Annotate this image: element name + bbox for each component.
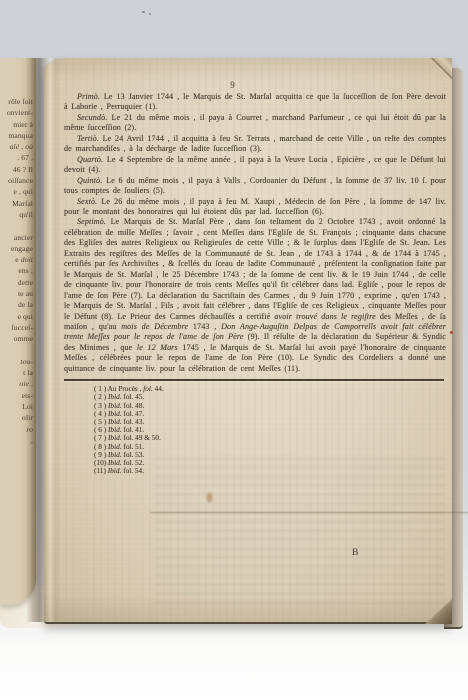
facing-page-fragment: qu'il [0, 209, 33, 220]
facing-page-fragment: t la [0, 367, 33, 378]
verso-show-through [154, 454, 444, 604]
facing-page-fragment [0, 220, 33, 231]
footnote: ( 7 ) Ibid. fol. 49 & 50. [94, 434, 446, 442]
speck [142, 11, 145, 13]
page-corner-curl [425, 599, 452, 624]
paragraph: Sextò. Le 26 du même mois , il paya à fe… [64, 197, 446, 218]
facing-page-fragment: dette [0, 277, 33, 288]
facing-page-fragment: ſucceſ- [0, 322, 33, 333]
paragraph: Quintò. Le 6 du même mois , il paya à Va… [64, 176, 446, 197]
speck [149, 13, 151, 15]
paragraph: Tertiò. Le 24 Avril 1744 , il acquitta à… [64, 134, 446, 155]
facing-page-fragment: ancier [0, 232, 33, 243]
facing-page-fragment: . 67 , [0, 152, 33, 163]
footnotes: ( 1 ) Au Procès , fol. 44.( 2 ) Ibid. fo… [94, 385, 446, 475]
facing-page-fragment: e qui [0, 311, 33, 322]
page-corner-fold [431, 58, 452, 79]
facing-page-fragment: , [0, 435, 33, 446]
facing-page-fragment: de la [0, 299, 33, 310]
footnote: ( 1 ) Au Procès , fol. 44. [94, 385, 446, 393]
footnote: ( 2 ) Ibid. fol. 45. [94, 393, 446, 401]
facing-page-fragment: engage [0, 243, 33, 254]
stain [206, 492, 213, 503]
facing-page-fragment: olir [0, 412, 33, 423]
facing-page-sliver: rôle ſoitonvient-mier àmanquaalé , où. 6… [0, 58, 36, 605]
footnote-divider [64, 379, 444, 381]
facing-page-fragment: te au [0, 288, 33, 299]
facing-page-fragment: e doit [0, 254, 33, 265]
footnote: ( 5 ) Ibid. fol. 43. [94, 418, 446, 426]
facing-page-fragment: Marſal [0, 198, 33, 209]
footnote: ( 8 ) Ibid. fol. 51. [94, 443, 446, 451]
facing-page-fragment: e , qui [0, 186, 33, 197]
facing-page-fragment: tou- [0, 356, 33, 367]
paragraph: Quartò. Le 4 Septembre de la même année … [64, 155, 446, 176]
facing-page-fragment [0, 345, 33, 356]
footnote: ( 4 ) Ibid. fol. 47. [94, 410, 446, 418]
footnote: (10) Ibid. fol. 52. [94, 459, 446, 467]
facing-page-fragment: ens ; [0, 265, 33, 276]
signature-mark: B [352, 548, 358, 558]
facing-page-fragment: Loi [0, 401, 33, 412]
page-body: Primò. Le 13 Janvier 1744 , le Marquis d… [64, 92, 446, 374]
facing-page-fragment: 46 ? Il [0, 164, 33, 175]
verso-rule-show-through [150, 512, 468, 513]
facing-page-fragment: onvient- [0, 107, 33, 118]
paragraph: Septimò. Le Marquis de St. Marſal Père ,… [64, 217, 446, 374]
facing-page-fragment: rôle ſoit [0, 96, 33, 107]
facing-page-fragment: oie , [0, 378, 33, 389]
facing-page-fragment: ro [0, 424, 33, 435]
facing-page-fragment: omme [0, 333, 33, 344]
paragraph: Primò. Le 13 Janvier 1744 , le Marquis d… [64, 92, 446, 113]
page-number: 9 [42, 80, 424, 90]
paragraph: Secundò. Le 21 du même mois , il paya à … [64, 113, 446, 134]
footnote: (11) Ibid. fol. 54. [94, 467, 446, 475]
facing-page-fragment: oiſſance [0, 175, 33, 186]
facing-page-fragment: alé , où [0, 141, 33, 152]
footnote: ( 9 ) Ibid. fol. 53. [94, 451, 446, 459]
facing-page-fragment: manqua [0, 130, 33, 141]
footnote: ( 3 ) Ibid. fol. 48. [94, 402, 446, 410]
book-page: 9 Primò. Le 13 Janvier 1744 , le Marquis… [44, 58, 452, 624]
facing-page-line-endings: rôle ſoitonvient-mier àmanquaalé , où. 6… [0, 58, 36, 446]
page-text-block: Primò. Le 13 Janvier 1744 , le Marquis d… [64, 92, 446, 475]
facing-page-fragment: ets- [0, 390, 33, 401]
facing-page-fragment: mier à [0, 119, 33, 130]
book-photograph: rôle ſoitonvient-mier àmanquaalé , où. 6… [0, 0, 468, 700]
